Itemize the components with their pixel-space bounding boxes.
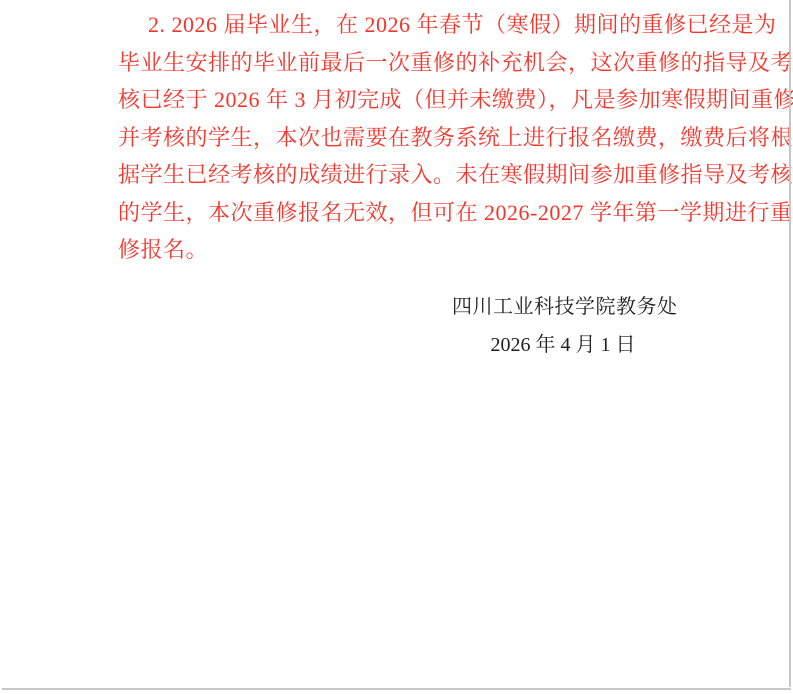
page-edge-right <box>789 0 791 687</box>
notice-paragraph: 2. 2026 届毕业生，在 2026 年春节（寒假）期间的重修已经是为 毕业生… <box>118 6 684 269</box>
paragraph-line: 修报名。 <box>118 231 684 269</box>
paragraph-line: 的学生，本次重修报名无效，但可在 2026-2027 学年第一学期进行重 <box>118 194 684 232</box>
signature-date: 2026 年 4 月 1 日 <box>452 327 674 365</box>
signature-block: 四川工业科技学院教务处 2026 年 4 月 1 日 <box>452 289 674 364</box>
paragraph-line: 并考核的学生，本次也需要在教务系统上进行报名缴费，缴费后将根 <box>118 119 684 157</box>
document-page: 2. 2026 届毕业生，在 2026 年春节（寒假）期间的重修已经是为 毕业生… <box>0 0 793 694</box>
page-edge-bottom <box>2 688 791 690</box>
paragraph-line: 据学生已经考核的成绩进行录入。未在寒假期间参加重修指导及考核 <box>118 156 684 194</box>
signature-organization: 四川工业科技学院教务处 <box>452 289 674 327</box>
paragraph-line: 2. 2026 届毕业生，在 2026 年春节（寒假）期间的重修已经是为 <box>118 6 684 44</box>
paragraph-line: 核已经于 2026 年 3 月初完成（但并未缴费），凡是参加寒假期间重修 <box>118 81 684 119</box>
paragraph-line: 毕业生安排的毕业前最后一次重修的补充机会，这次重修的指导及考 <box>118 44 684 82</box>
